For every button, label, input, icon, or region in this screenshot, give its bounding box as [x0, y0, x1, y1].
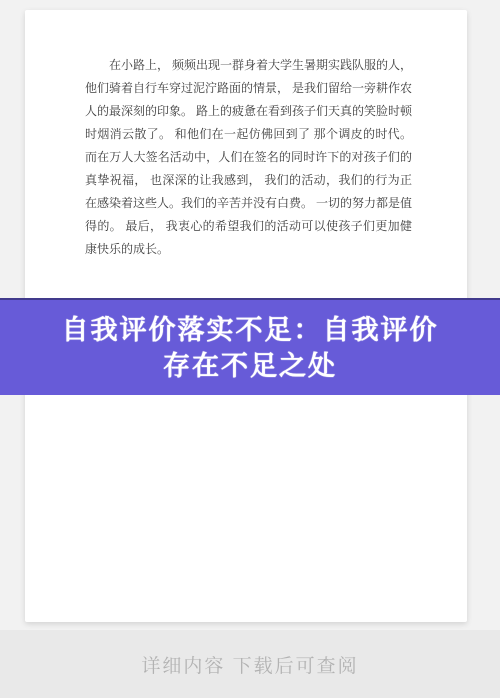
document-paragraph: 在小路上， 频频出现一群身着大学生暑期实践队服的人， 他们骑着自行车穿过泥泞路面…: [25, 10, 467, 261]
download-hint-text: 详细内容 下载后可查阅: [141, 651, 358, 678]
banner-title-line-1: 自我评价落实不足：自我评价: [62, 312, 439, 348]
banner-title-line-2: 存在不足之处: [163, 348, 337, 384]
title-banner: 自我评价落实不足：自我评价 存在不足之处: [0, 298, 500, 395]
document-preview-screen: 在小路上， 频频出现一群身着大学生暑期实践队服的人， 他们骑着自行车穿过泥泞路面…: [0, 0, 500, 698]
download-hint-bar: 详细内容 下载后可查阅: [0, 630, 500, 698]
